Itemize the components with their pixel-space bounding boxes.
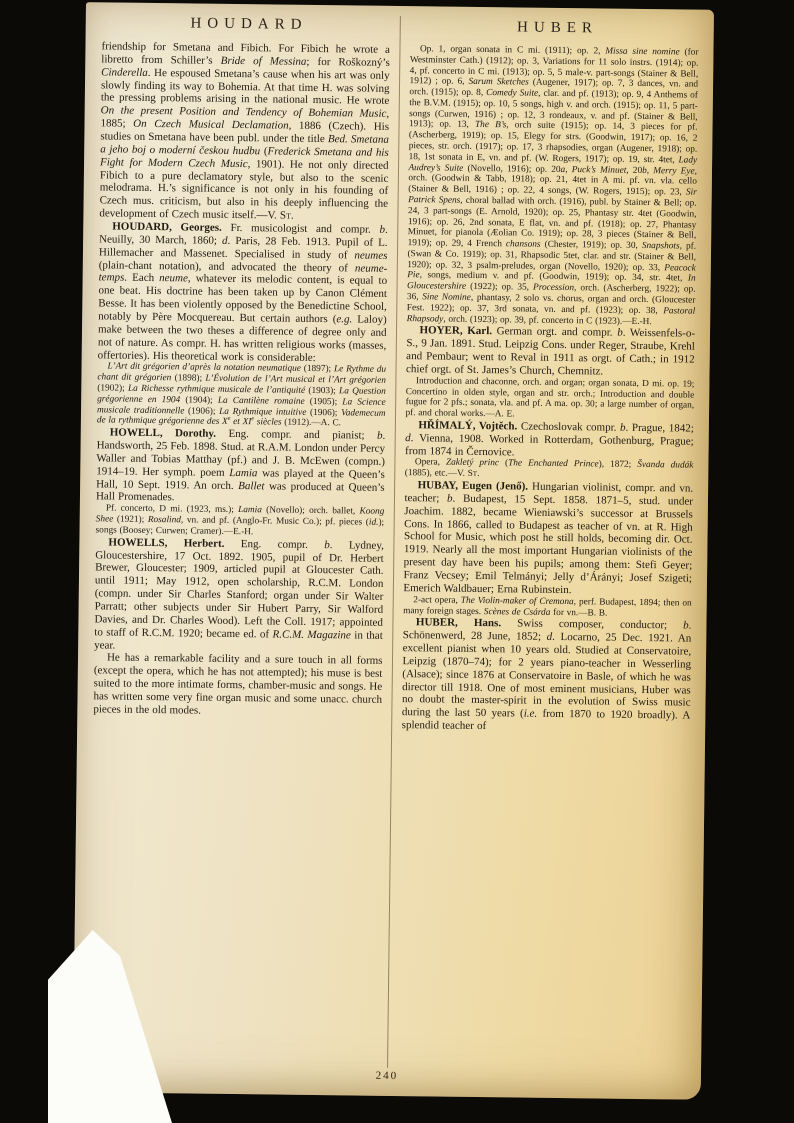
howells-works-list: Op. 1, organ sonata in C mi. (1911); op.… — [407, 44, 699, 328]
howell-works-list: Pf. concerto, D mi. (1923, ms.); Lamia (… — [96, 504, 385, 540]
page-body: HOUDARD friendship for Smetana and Fibic… — [89, 12, 699, 1071]
hoyer-works-list: Introduction and chaconne, orch. and org… — [405, 376, 694, 423]
running-head-left: HOUDARD — [102, 14, 391, 35]
entry-houdard: HOUDARD, Georges. Fr. musicologist and c… — [98, 220, 388, 365]
entry-howells: HOWELLS, Herbert. Eng. compr. b. Lydney,… — [94, 536, 384, 655]
houdard-ot-continuation: friendship for Smetana and Fibich. For F… — [99, 40, 390, 224]
howells-description: He has a remarkable facility and a sure … — [93, 652, 382, 720]
entry-hubay: HUBAY, Eugen (Jenő). Hungarian violinist… — [403, 479, 693, 598]
running-head-right: HUBER — [410, 18, 699, 39]
houdard-works-list: L’Art dit grégorien d’après la notation … — [97, 362, 386, 430]
entry-hoyer: HOYER, Karl. German orgt. and compr. b. … — [406, 324, 695, 379]
right-column-text: Op. 1, organ sonata in C mi. (1911); op.… — [402, 44, 699, 736]
entry-huber: HUBER, Hans. Swiss composer, conductor; … — [402, 616, 692, 735]
left-column: HOUDARD friendship for Smetana and Fibic… — [89, 12, 399, 1068]
entry-howell: HOWELL, Dorothy. Eng. compr. and pianist… — [96, 426, 385, 507]
entry-hrimaly: HŘÍMALÝ, Vojtěch. Czechoslovak compr. b.… — [405, 419, 694, 461]
left-column-text: friendship for Smetana and Fibich. For F… — [93, 40, 390, 719]
scanned-book-page: HOUDARD friendship for Smetana and Fibic… — [73, 2, 714, 1100]
right-column: HUBER Op. 1, organ sonata in C mi. (1911… — [387, 16, 699, 1072]
